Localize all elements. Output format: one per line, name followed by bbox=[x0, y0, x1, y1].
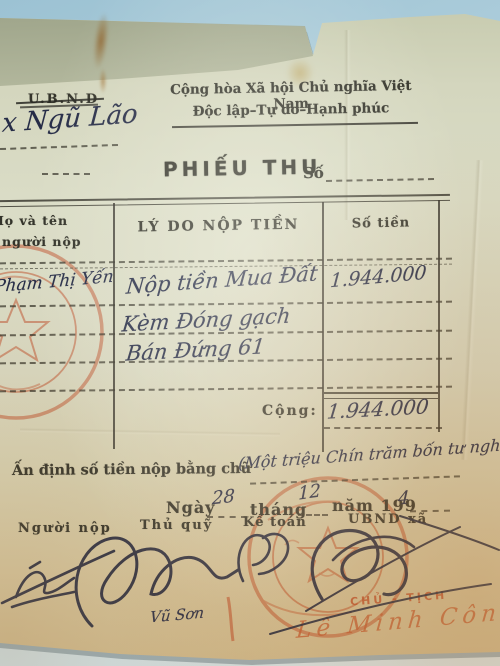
accountant-signature bbox=[239, 534, 289, 581]
photo-of-receipt: CHỦ - TỊCH Lê Minh Công U.B.N.D x Ngũ Lã… bbox=[0, 0, 500, 666]
ink-signatures-layer bbox=[0, 0, 500, 666]
long-stroke-1 bbox=[270, 584, 491, 634]
long-stroke-2 bbox=[306, 527, 460, 611]
